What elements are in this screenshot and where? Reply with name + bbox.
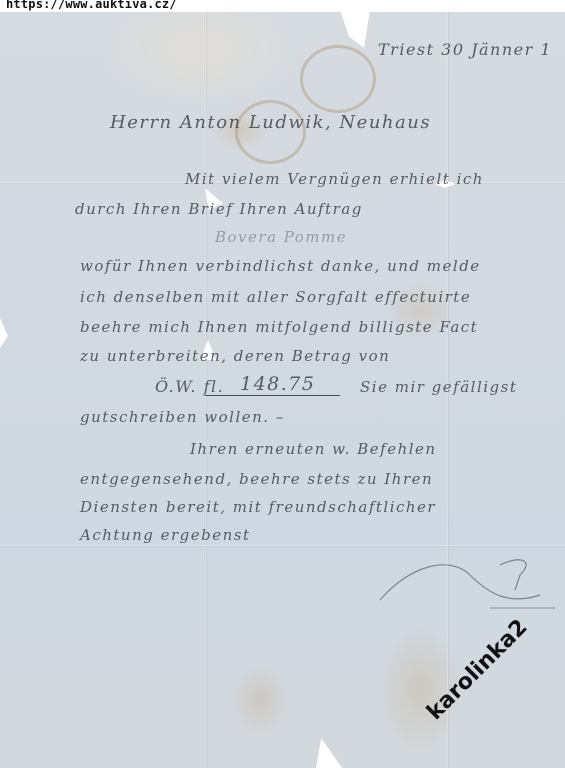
- letter-line: ich denselben mit aller Sorgfalt effectu…: [80, 288, 471, 306]
- letter-line: Bovera Pomme: [215, 228, 347, 246]
- letter-addressee: Herrn Anton Ludwik, Neuhaus: [110, 112, 431, 133]
- letter-line: Ihren erneuten w. Befehlen: [190, 440, 437, 458]
- letter-line: Achtung ergebenst: [80, 526, 251, 544]
- source-url-bar: https://www.auktiva.cz/: [0, 0, 565, 12]
- letter-line: Diensten bereit, mit freundschaftlicher: [80, 498, 436, 516]
- letter-currency: Ö.W. fl.: [155, 377, 224, 396]
- letter-line: entgegensehend, beehre stets zu Ihren: [80, 470, 433, 488]
- letter-line: zu unterbreiten, deren Betrag von: [80, 347, 390, 365]
- postmark-stamp: [300, 45, 376, 113]
- amount-underline: [205, 395, 340, 396]
- signature-flourish: [370, 545, 560, 615]
- letter-line: Mit vielem Vergnügen erhielt ich: [185, 170, 484, 188]
- letter-line: gutschreiben wollen. –: [80, 408, 285, 426]
- letter-line: beehre mich Ihnen mitfolgend billigste F…: [80, 318, 478, 336]
- letter-line: wofür Ihnen verbindlichst danke, und mel…: [80, 257, 481, 275]
- letter-line: durch Ihren Brief Ihren Auftrag: [75, 200, 363, 218]
- letter-place-date: Triest 30 Jänner 1: [378, 40, 552, 59]
- letter-amount: 148.75: [240, 373, 315, 395]
- source-url: https://www.auktiva.cz/: [6, 0, 177, 11]
- letter-line: Sie mir gefälligst: [360, 378, 517, 396]
